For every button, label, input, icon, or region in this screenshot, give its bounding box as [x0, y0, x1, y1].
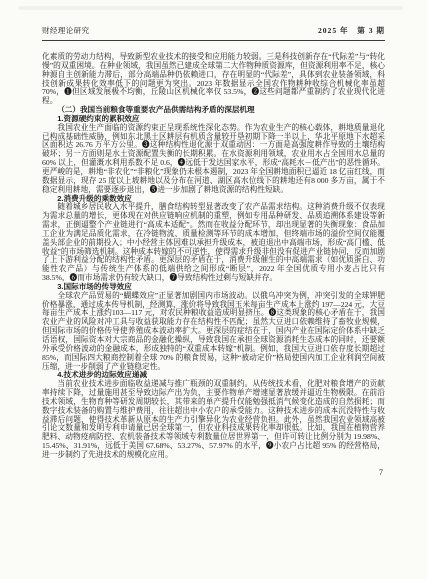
paragraph-international-market: 全球农产品贸易的“蝴蝶效应”正显著加剧国内市场波动。以俄乌冲突为例，冲突引发的全…: [42, 292, 385, 372]
header-rule: [42, 40, 385, 41]
paragraph-consumption-upgrade: 随着城乡居民收入水平提升，膳食结构转型显著改变了农产品需求结构。这种消费升级不仅…: [42, 203, 385, 283]
page-number: 7: [379, 468, 383, 477]
page-header: 财经理论研究 2025 年 第 3 期: [42, 25, 385, 36]
paragraph-resource-constraint: 我国农业生产面临的资源约束正呈现系统性深化态势。作为农业生产的核心载体，耕地质量…: [42, 124, 385, 195]
journal-title: 财经理论研究: [42, 25, 89, 36]
article-body: 化素质的劳动力结构，导致新型农业技术的接受和应用能力较弱。三是科技创新存在“代际…: [42, 53, 385, 460]
paragraph-technology-progress: 当前农业技术进步面临收益递减与推广瓶颈的双重制约。从传统技术看，化肥对粮食增产的…: [42, 380, 385, 460]
issue-info: 2025 年 第 3 期: [318, 25, 385, 36]
paragraph-continued: 化素质的劳动力结构，导致新型农业技术的接受和应用能力较弱。三是科技创新存在“代际…: [42, 53, 385, 106]
page-footer: 7: [42, 468, 385, 477]
journal-page: 财经理论研究 2025 年 第 3 期 化素质的劳动力结构，导致新型农业技术的接…: [0, 0, 427, 579]
